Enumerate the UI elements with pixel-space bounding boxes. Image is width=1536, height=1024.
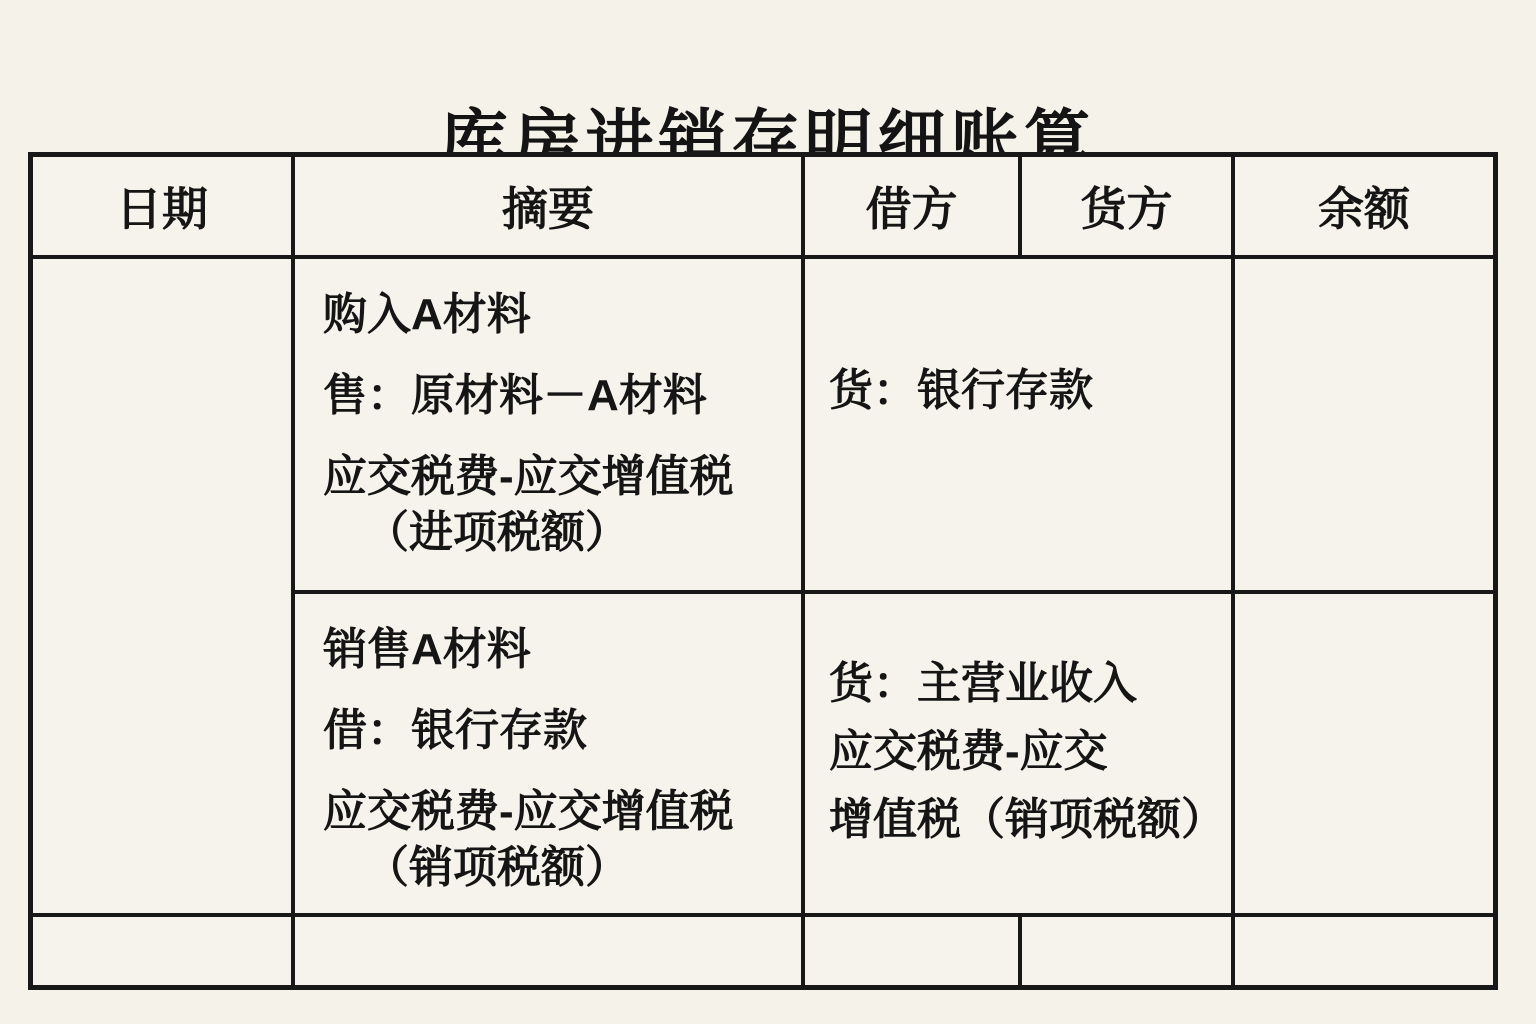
header-date: 日期 [33, 157, 295, 259]
summary-cell-row-2: 销售A材料 借：银行存款 应交税费-应交增值税 （销项税额） [295, 594, 805, 917]
header-credit: 货方 [1022, 157, 1235, 259]
entry-line: 货：银行存款 [829, 363, 1221, 419]
header-balance: 余额 [1235, 157, 1493, 259]
summary-line: 应交税费-应交增值税 [323, 449, 791, 505]
ledger-table: 日期 摘要 借方 货方 余额 购入A材料 售：原材料－A材料 应交税费-应交增值… [28, 152, 1498, 990]
header-debit: 借方 [805, 157, 1022, 259]
summary-line: 售：原材料－A材料 [323, 368, 791, 424]
balance-cell-row-2 [1235, 594, 1493, 917]
entry-line: 增值税（销项税额） [829, 792, 1221, 848]
empty-balance-cell [1235, 917, 1493, 985]
summary-line: 销售A材料 [323, 622, 791, 678]
empty-credit-cell [1022, 917, 1235, 985]
summary-line: 借：银行存款 [323, 703, 791, 759]
balance-cell-row-1 [1235, 259, 1493, 594]
entry-cell-row-1: 货：银行存款 [805, 259, 1235, 594]
summary-cell-row-1: 购入A材料 售：原材料－A材料 应交税费-应交增值税 （进项税额） [295, 259, 805, 594]
header-summary: 摘要 [295, 157, 805, 259]
entry-line: 应交税费-应交 [829, 724, 1221, 780]
empty-debit-cell [805, 917, 1022, 985]
entry-cell-row-2: 货：主营业收入 应交税费-应交 增值税（销项税额） [805, 594, 1235, 917]
summary-line: （进项税额） [323, 505, 791, 561]
summary-line: 购入A材料 [323, 287, 791, 343]
summary-line: 应交税费-应交增值税 [323, 784, 791, 840]
summary-line: （销项税额） [323, 840, 791, 896]
empty-date-cell [33, 917, 295, 985]
empty-summary-cell [295, 917, 805, 985]
date-cell-rows-1-2 [33, 259, 295, 917]
entry-line: 货：主营业收入 [829, 656, 1221, 712]
